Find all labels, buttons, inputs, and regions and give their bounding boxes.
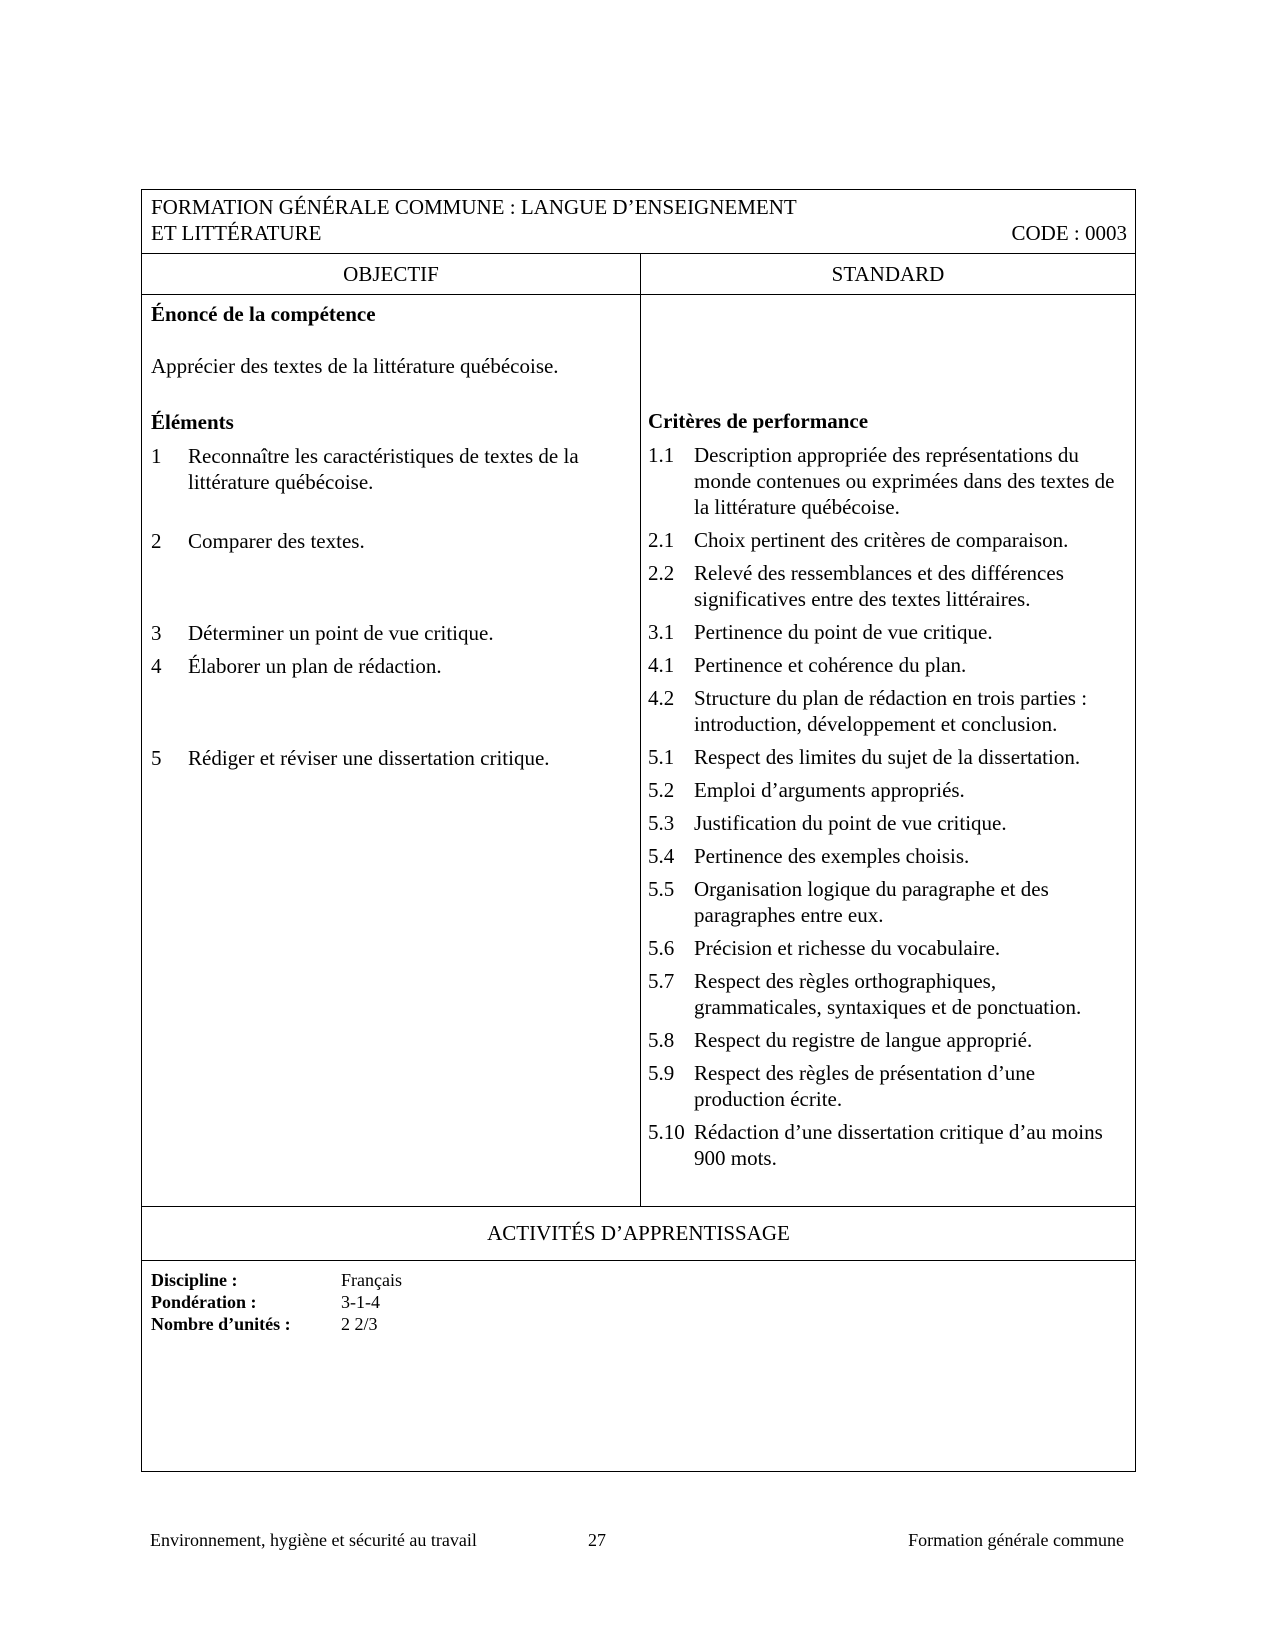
criterion-text: Pertinence du point de vue critique. [694, 619, 993, 645]
criterion-text: Organisation logique du paragraphe et de… [694, 876, 1127, 928]
competence-statement: Apprécier des textes de la littérature q… [151, 353, 632, 379]
criterion-number: 2.1 [648, 527, 694, 553]
criterion-item: 2.1Choix pertinent des critères de compa… [648, 527, 1127, 553]
criterion-number: 5.7 [648, 968, 694, 1020]
elements-title: Éléments [151, 409, 632, 435]
course-info-line: Discipline :Français [151, 1269, 1126, 1291]
criterion-item: 5.6Précision et richesse du vocabulaire. [648, 935, 1127, 961]
activities-title: ACTIVITÉS D’APPRENTISSAGE [142, 1207, 1135, 1261]
standard-column: Critères de performance 1.1Description a… [641, 295, 1135, 1206]
criterion-item: 5.8Respect du registre de langue appropr… [648, 1027, 1127, 1053]
footer-section: Formation générale commune [908, 1530, 1124, 1551]
element-item: 3Déterminer un point de vue critique. [151, 620, 632, 646]
criterion-item: 3.1Pertinence du point de vue critique. [648, 619, 1127, 645]
element-number: 5 [151, 745, 188, 771]
criterion-number: 3.1 [648, 619, 694, 645]
criterion-number: 5.6 [648, 935, 694, 961]
content-row: Énoncé de la compétence Apprécier des te… [142, 295, 1135, 1207]
title-line-2: ET LITTÉRATURE [151, 220, 1127, 246]
element-text: Rédiger et réviser une dissertation crit… [188, 745, 550, 771]
criterion-item: 5.7Respect des règles orthographiques, g… [648, 968, 1127, 1020]
title-line-1: FORMATION GÉNÉRALE COMMUNE : LANGUE D’EN… [151, 194, 1127, 220]
criteria-list: 1.1Description appropriée des représenta… [648, 442, 1127, 1171]
criterion-text: Description appropriée des représentatio… [694, 442, 1127, 520]
table-title-row: FORMATION GÉNÉRALE COMMUNE : LANGUE D’EN… [142, 190, 1135, 254]
competence-title: Énoncé de la compétence [151, 301, 632, 327]
page-number: 27 [588, 1530, 606, 1551]
criterion-number: 5.3 [648, 810, 694, 836]
criterion-item: 5.4Pertinence des exemples choisis. [648, 843, 1127, 869]
element-text: Reconnaître les caractéristiques de text… [188, 443, 632, 495]
element-text: Élaborer un plan de rédaction. [188, 653, 442, 679]
element-item: 5Rédiger et réviser une dissertation cri… [151, 745, 632, 771]
element-text: Comparer des textes. [188, 528, 365, 554]
criterion-item: 2.2Relevé des ressemblances et des diffé… [648, 560, 1127, 612]
criterion-text: Choix pertinent des critères de comparai… [694, 527, 1068, 553]
info-value: 3-1-4 [341, 1291, 380, 1313]
info-value: Français [341, 1269, 402, 1291]
criterion-text: Précision et richesse du vocabulaire. [694, 935, 1000, 961]
criterion-number: 1.1 [648, 442, 694, 520]
criterion-number: 5.2 [648, 777, 694, 803]
criterion-text: Relevé des ressemblances et des différen… [694, 560, 1127, 612]
criterion-item: 4.2Structure du plan de rédaction en tro… [648, 685, 1127, 737]
criterion-number: 4.1 [648, 652, 694, 678]
criterion-text: Rédaction d’une dissertation critique d’… [694, 1119, 1127, 1171]
info-label: Discipline : [151, 1269, 341, 1291]
criterion-text: Respect du registre de langue approprié. [694, 1027, 1032, 1053]
course-info-line: Nombre d’unités :2 2/3 [151, 1313, 1126, 1335]
criterion-number: 5.9 [648, 1060, 694, 1112]
info-value: 2 2/3 [341, 1313, 378, 1335]
criterion-text: Structure du plan de rédaction en trois … [694, 685, 1127, 737]
criterion-number: 5.8 [648, 1027, 694, 1053]
criterion-number: 5.4 [648, 843, 694, 869]
criterion-item: 5.1Respect des limites du sujet de la di… [648, 744, 1127, 770]
competency-table: FORMATION GÉNÉRALE COMMUNE : LANGUE D’EN… [141, 189, 1136, 1472]
criterion-number: 4.2 [648, 685, 694, 737]
element-item: 2Comparer des textes. [151, 528, 632, 554]
criterion-item: 5.2Emploi d’arguments appropriés. [648, 777, 1127, 803]
criterion-text: Pertinence et cohérence du plan. [694, 652, 966, 678]
criterion-item: 5.3Justification du point de vue critiqu… [648, 810, 1127, 836]
criterion-text: Emploi d’arguments appropriés. [694, 777, 965, 803]
criterion-text: Respect des règles orthographiques, gram… [694, 968, 1127, 1020]
course-info-line: Pondération :3-1-4 [151, 1291, 1126, 1313]
criterion-number: 5.1 [648, 744, 694, 770]
criterion-item: 1.1Description appropriée des représenta… [648, 442, 1127, 520]
criterion-item: 5.9Respect des règles de présentation d’… [648, 1060, 1127, 1112]
criterion-number: 2.2 [648, 560, 694, 612]
criterion-text: Respect des règles de présentation d’une… [694, 1060, 1127, 1112]
criterion-text: Pertinence des exemples choisis. [694, 843, 969, 869]
criterion-item: 5.10Rédaction d’une dissertation critiqu… [648, 1119, 1127, 1171]
criterion-number: 5.5 [648, 876, 694, 928]
footer-program: Environnement, hygiène et sécurité au tr… [150, 1530, 477, 1551]
info-label: Pondération : [151, 1291, 341, 1313]
info-label: Nombre d’unités : [151, 1313, 341, 1335]
criterion-text: Justification du point de vue critique. [694, 810, 1007, 836]
criterion-text: Respect des limites du sujet de la disse… [694, 744, 1080, 770]
criteria-title: Critères de performance [648, 408, 1127, 434]
element-number: 4 [151, 653, 188, 679]
element-number: 2 [151, 528, 188, 554]
column-header-row: OBJECTIF STANDARD [142, 254, 1135, 295]
criterion-number: 5.10 [648, 1119, 694, 1171]
element-item: 4Élaborer un plan de rédaction. [151, 653, 632, 679]
element-text: Déterminer un point de vue critique. [188, 620, 494, 646]
column-header-objectif: OBJECTIF [142, 254, 641, 294]
element-item: 1Reconnaître les caractéristiques de tex… [151, 443, 632, 495]
criterion-item: 4.1Pertinence et cohérence du plan. [648, 652, 1127, 678]
criterion-item: 5.5Organisation logique du paragraphe et… [648, 876, 1127, 928]
objectif-column: Énoncé de la compétence Apprécier des te… [142, 295, 641, 1206]
course-info: Discipline :FrançaisPondération :3-1-4No… [142, 1261, 1135, 1471]
course-code: CODE : 0003 [1012, 220, 1128, 246]
element-number: 3 [151, 620, 188, 646]
element-number: 1 [151, 443, 188, 495]
column-header-standard: STANDARD [641, 254, 1135, 294]
